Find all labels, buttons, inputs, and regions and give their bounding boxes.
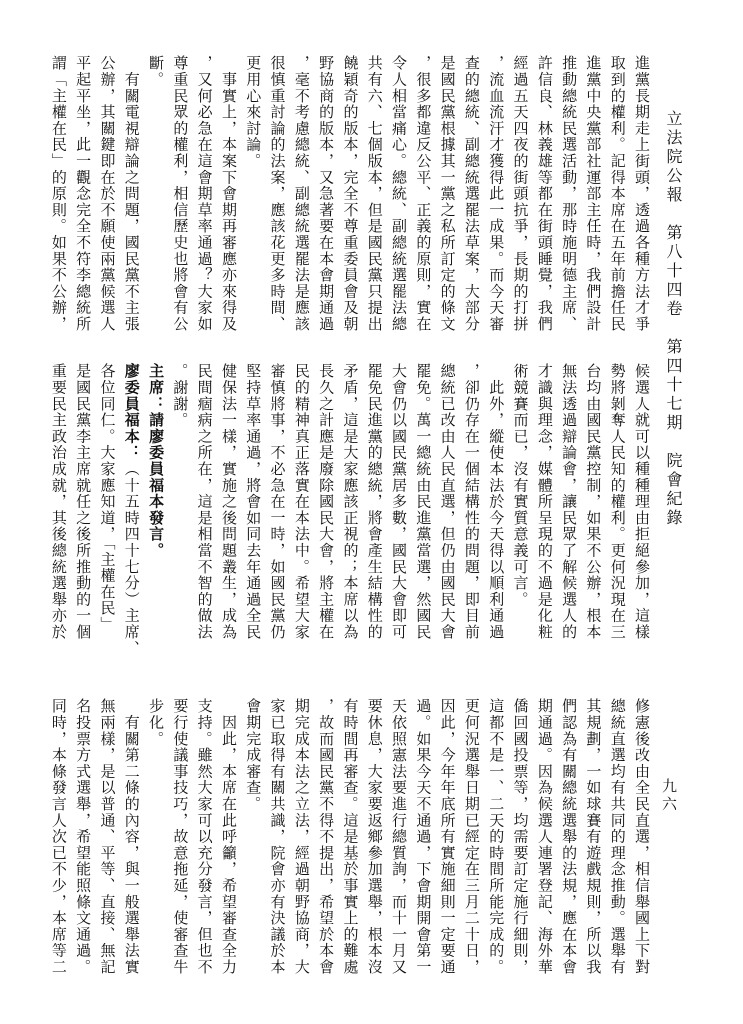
- text-column: 取到的權利。記得本席在五年前擔任民: [605, 55, 629, 335]
- text-column: 步化。: [144, 698, 168, 978]
- text-column: 長久之計應是廢除國民大會，將主權在: [314, 363, 338, 643]
- text-column: 台均由國民黨控制，如果不公辦，根本: [581, 363, 605, 643]
- text-column: 過。如果今天不通過，下會期開會第一: [411, 698, 435, 978]
- text-column: 支持。雖然大家可以充分發言，但也不: [192, 698, 216, 978]
- text-column: 期完成本法之立法，經過朝野協商，大: [290, 698, 314, 978]
- text-column: 公辦，其關鍵即在於不願使兩黨候選人: [95, 55, 119, 335]
- text-column: 平起平坐，此一觀念完全不符李總統所: [71, 55, 95, 335]
- text-column: 要行使議事技巧，故意拖延，使審查牛: [168, 698, 192, 978]
- text-column: 令人相當痛心。總統、副總統選罷法總: [387, 55, 411, 335]
- text-column: 推動總統民選活動，那時施明德主席、: [557, 55, 581, 335]
- text-column: 。謝謝。: [168, 363, 192, 643]
- text-column: 無兩樣，是以普通、平等、直接、無記: [95, 698, 119, 978]
- text-column: ，卻仍存在一個結構性的問題，即目前: [460, 363, 484, 643]
- text-column: 候選人就可以種種理由拒絕參加，這樣: [630, 363, 654, 643]
- text-column: 堅持草率通過，將會如同去年通過全民: [241, 363, 265, 643]
- text-column: 民間痼病之所在，這是相當不智的做法: [192, 363, 216, 643]
- text-column: 民的精神真正落實在本法中。希望大家: [290, 363, 314, 643]
- text-column: 名投票方式選舉，希望能照條文通過。: [71, 698, 95, 978]
- text-column: ，毫不考慮總統、副總統選罷法是應該: [290, 55, 314, 335]
- text-column: 謂「主權在民」的原則。如果不公辦，: [47, 55, 71, 335]
- text-column: 經過五天四夜的街頭抗爭，長期的打拼: [508, 55, 532, 335]
- text-column: 們認為有關總統選舉的法規，應在本會: [557, 698, 581, 978]
- text-column: 事實上，本案下會期再審應亦來得及: [217, 55, 241, 335]
- text-column: 共有六、七個版本，但是國民黨只提出: [362, 55, 386, 335]
- text-column: 許信良、林義雄等都在街頭睡覺，我們: [533, 55, 557, 335]
- text-column: 此外，縱使本法於今天得以順利通過: [484, 363, 508, 643]
- text-column: ，流血流汗才獲得此一成果。而今天審: [484, 55, 508, 335]
- text-column: 同時，本條發言人次已不少，本席等二: [47, 698, 71, 978]
- text-column: 總統直選均有共同的理念推動。選舉有: [605, 698, 629, 978]
- text-column: 各位同仁。大家應知道，「主權在民」: [95, 363, 119, 643]
- text-column: 重要民主政治成就，其後總統選舉亦於: [47, 363, 71, 643]
- text-column: 是國民黨李主席就任之後所推動的一個: [71, 363, 95, 643]
- text-column: 罷免。萬一總統由民進黨當選，然國民: [411, 363, 435, 643]
- text-column: 有關第二條的內容，與一般選舉法實: [119, 698, 143, 978]
- lower-text-band: 修憲後改由全民直選，相信舉國上下對總統直選均有共同的理念推動。選舉有其規劃，一如…: [46, 698, 654, 978]
- text-column: 廖委員福本：（十五時四十七分）主席、: [119, 363, 143, 643]
- text-column: 很慎重討論的法案，應該花更多時間、: [265, 55, 289, 335]
- text-column: 是國民黨根據其一黨之私所訂定的條文: [435, 55, 459, 335]
- page-number: 九六: [659, 778, 680, 838]
- text-column: 饒穎奇的版本，完全不尊重委員會及朝: [338, 55, 362, 335]
- text-column: ，又何必急在這會期草率通過？大家如: [192, 55, 216, 335]
- text-column: 有關電視辯論之問題，國民黨不主張: [119, 55, 143, 335]
- text-column: 罷免民進黨的總統，將會產生結構性的: [362, 363, 386, 643]
- text-column: 健保法一樣，實施之後問題叢生，成為: [217, 363, 241, 643]
- text-column: 更何況選舉日期已經定在三月二十日，: [460, 698, 484, 978]
- text-column: 期通過。因為候選人連署登記、海外華: [533, 698, 557, 978]
- upper-text-band: 進黨長期走上街頭，透過各種方法才爭取到的權利。記得本席在五年前擔任民進黨中央黨部…: [46, 55, 654, 335]
- text-column: 因此，今年年底所有實施細則一定要通: [435, 698, 459, 978]
- text-column: 家已取得有關共識，院會亦有決議於本: [265, 698, 289, 978]
- text-column: 尊重民眾的權利，相信歷史也將會有公: [168, 55, 192, 335]
- text-column: 更用心來討論。: [241, 55, 265, 335]
- text-column: 總統已改由人民直選，但仍由國民大會: [435, 363, 459, 643]
- text-column: 矛盾，這是大家應該正視的；本席以為: [338, 363, 362, 643]
- text-column: 斷。: [144, 55, 168, 335]
- text-column: 天依照憲法要進行總質詢，而十一月又: [387, 698, 411, 978]
- text-column: 才識與理念，媒體所呈現的不過是化粧: [533, 363, 557, 643]
- text-column: 主席：請廖委員福本發言。: [144, 363, 168, 643]
- text-column: 大會仍以國民黨居多數，國民大會即可: [387, 363, 411, 643]
- text-column: 進黨長期走上街頭，透過各種方法才爭: [630, 55, 654, 335]
- middle-text-band: 候選人就可以種種理由拒絕參加，這樣勢將剝奪人民知的權利。更何況現在三台均由國民黨…: [46, 363, 654, 643]
- text-column: 這都不是一、二天的時間所能完成的。: [484, 698, 508, 978]
- running-title: 立法院公報 第八十四卷 第四十七期 院會紀錄: [662, 110, 685, 550]
- text-column: 僑回國投票等，均需要訂定施行細則，: [508, 698, 532, 978]
- text-column: 其規劃，一如球賽有遊戲規則，所以我: [581, 698, 605, 978]
- text-column: 術競賽而已，沒有實質意義可言。: [508, 363, 532, 643]
- text-column: ，故而國民黨不得不提出，希望於本會: [314, 698, 338, 978]
- text-column: 因此，本席在此呼籲，希望審查全力: [217, 698, 241, 978]
- text-column: 查的總統、副總統選罷法草案，大部分: [460, 55, 484, 335]
- text-column: ，很多都違反公平、正義的原則，實在: [411, 55, 435, 335]
- text-column: 會期完成審查。: [241, 698, 265, 978]
- text-column: 修憲後改由全民直選，相信舉國上下對: [630, 698, 654, 978]
- text-column: 進黨中央黨部社運部主任時，我們設計: [581, 55, 605, 335]
- text-column: 無法透過辯論會，讓民眾了解候選人的: [557, 363, 581, 643]
- text-column: 勢將剝奪人民知的權利。更何況現在三: [605, 363, 629, 643]
- gazette-page: 立法院公報 第八十四卷 第四十七期 院會紀錄 九六 進黨長期走上街頭，透過各種方…: [0, 0, 743, 1024]
- text-column: 有時間再審查。這是基於事實上的難處: [338, 698, 362, 978]
- text-column: 審慎將事，不必急在一時，如國民黨仍: [265, 363, 289, 643]
- text-column: 要休息，大家要返鄉參加選舉，根本沒: [362, 698, 386, 978]
- text-column: 野協商的版本，又急著要在本會期通過: [314, 55, 338, 335]
